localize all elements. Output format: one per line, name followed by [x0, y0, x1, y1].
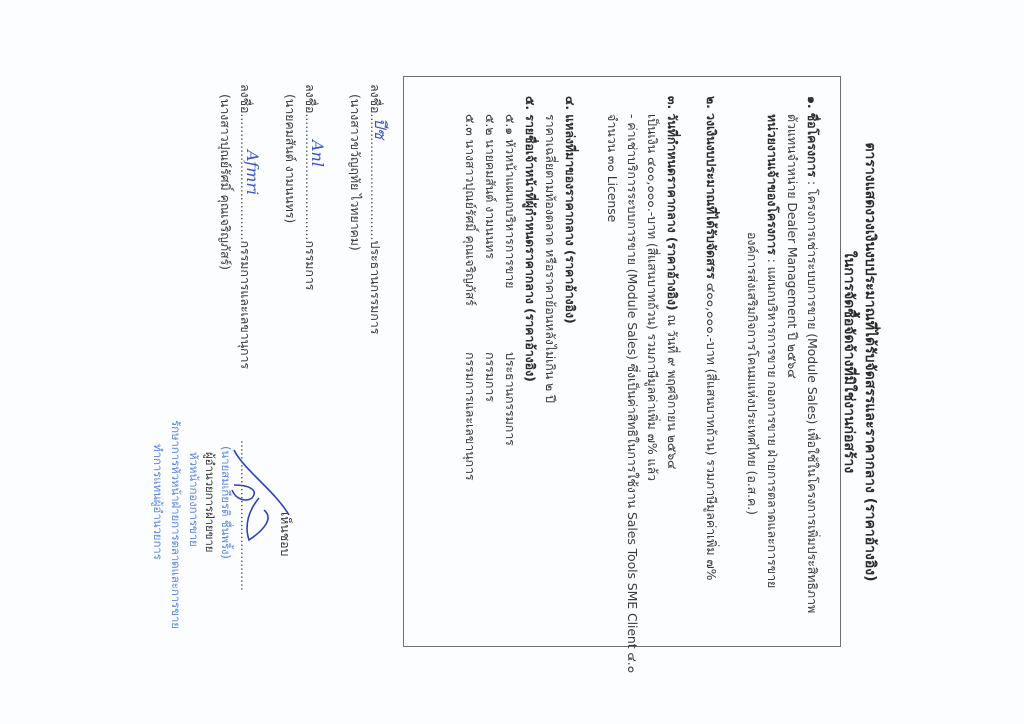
approval-title: ผู้อำนวยการฝ่ายขาย — [202, 452, 218, 552]
member-name: นางสาวปุณย์รัศมิ์ คุณเจริญภัสร์ — [463, 140, 478, 306]
signature-prefix: ลงชื่อ — [238, 84, 253, 113]
member-number: ๕.๓ — [463, 114, 478, 136]
item-3: ๓. วันที่กำหนดราคากลาง (ราคาอ้างอิง) ณ ว… — [664, 96, 680, 469]
item-3-detail: - ค่าเช่าบริการระบบการขาย (Module Sales)… — [624, 114, 640, 673]
approval-dots: ...................................... — [237, 440, 253, 591]
signature-2: ลงชื่อ................................กร… — [302, 84, 318, 290]
item-1-continuation: ตัวแทนจำหน่าย Dealer Management ปี ๒๕๖๔ — [784, 114, 800, 379]
approval-stamp-line-2: รักษาการหัวหน้าฝ่ายการตลาดและการขาย — [168, 420, 184, 629]
item-3-amount: เป็นเงิน ๔๐๐,๐๐๐.-บาท (สี่แสนบาทถ้วน) รว… — [644, 114, 660, 481]
signature-role: ประธานกรรมการ — [368, 241, 383, 335]
item-3-quantity: จำนวน ๓๐ License — [604, 114, 620, 222]
approval-stamp-line-1: หัวหน้ากองการขาย — [186, 452, 202, 547]
committee-member-3: ๕.๓ นางสาวปุณย์รัศมิ์ คุณเจริญภัสร์ — [462, 114, 478, 306]
signature-dots: ................................ — [303, 113, 318, 240]
item-1-text: : โครงการเช่าระบบการขาย (Module Sales) เ… — [805, 177, 820, 613]
member-role: กรรมการและเลขานุการ — [462, 352, 478, 481]
item-3-label: ๓. วันที่กำหนดราคากลาง (ราคาอ้างอิง) — [665, 96, 680, 311]
approval-name-stamp: (นายสมเกียรติ ชื่นพริ้ง) — [218, 446, 234, 559]
item-1-label: ๑. ชื่อโครงการ — [805, 96, 820, 177]
approval-stamp-line-3: ทำการแทนผู้อำนวยการ — [150, 444, 166, 560]
item-1-owner: หน่วยงานเจ้าของโครงการ : แผนกบริหารการขา… — [764, 114, 780, 588]
item-3-text: ณ วันที่ ๙ พฤศจิกายน ๒๕๖๔ — [665, 311, 680, 470]
committee-member-1: ๕.๑ หัวหน้าแผนกบริหารการขาย — [502, 114, 518, 288]
document-page: ตารางแสดงวงเงินงบประมาณที่ได้รับจัดสรรแล… — [0, 0, 1024, 724]
signature-role: กรรมการและเลขานุการ — [238, 241, 253, 370]
item-2-label: ๒. วงเงินงบประมาณที่ได้รับจัดสรร — [704, 96, 719, 279]
item-2: ๒. วงเงินงบประมาณที่ได้รับจัดสรร ๔๐๐,๐๐๐… — [703, 96, 719, 580]
item-4-text: ราคาเฉลี่ยตามท้องตลาด หรือราคาย้อนหลังไม… — [542, 114, 558, 403]
item-1-owner-text: : แผนกบริหารการขาย กองการขาย ฝ่ายการตลาด… — [765, 255, 780, 588]
signature-3-name: (นางสาวปุณย์รัศมิ์ คุณเจริญภัสร์) — [217, 94, 233, 270]
item-1-owner-continuation: องค์การส่งเสริมกิจการโคนมแห่งประเทศไทย (… — [744, 232, 760, 515]
item-2-text: ๔๐๐,๐๐๐.-บาท (สี่แสนบาทถ้วน) รวมภาษีมูลค… — [704, 279, 719, 581]
member-name: หัวหน้าแผนกบริหารการขาย — [503, 139, 518, 288]
signature-3: ลงชื่อ................................กร… — [237, 84, 253, 369]
signature-prefix: ลงชื่อ — [368, 84, 383, 113]
signature-2-name: (นายคมสันต์ งามนนทร) — [282, 94, 298, 223]
signature-role: กรรมการ — [303, 241, 318, 291]
handwritten-signature-2: Anl — [308, 140, 327, 167]
member-number: ๕.๒ — [483, 114, 498, 135]
item-4-label: ๔. แหล่งที่มาของราคากลาง (ราคาอ้างอิง) — [562, 96, 578, 324]
signature-1-name: (นางสาวขวัญฤทัย ไวทยาคม) — [347, 94, 363, 251]
member-number: ๕.๑ — [503, 114, 518, 135]
handwritten-signature-3: Afmri — [243, 150, 262, 195]
member-role: กรรมการ — [482, 352, 498, 402]
committee-member-2: ๕.๒ นายคมสันต์ งามนนทร — [482, 114, 498, 259]
item-1-owner-label: หน่วยงานเจ้าของโครงการ — [765, 114, 780, 255]
member-name: นายคมสันต์ งามนนทร — [483, 139, 498, 259]
document-subtitle: ในการจัดซื้อจัดจ้างที่มิใช่งานก่อสร้าง — [840, 0, 858, 724]
signature-prefix: ลงชื่อ — [303, 84, 318, 113]
document-title: ตารางแสดงวงเงินงบประมาณที่ได้รับจัดสรรแล… — [861, 0, 879, 724]
handwritten-signature-1: ปีซ — [367, 118, 392, 139]
item-5-label: ๕. รายชื่อเจ้าหน้าที่ผู้กำหนดราคากลาง (ร… — [522, 96, 538, 382]
member-role: ประธานกรรมการ — [502, 352, 518, 446]
item-1: ๑. ชื่อโครงการ : โครงการเช่าระบบการขาย (… — [804, 96, 820, 613]
